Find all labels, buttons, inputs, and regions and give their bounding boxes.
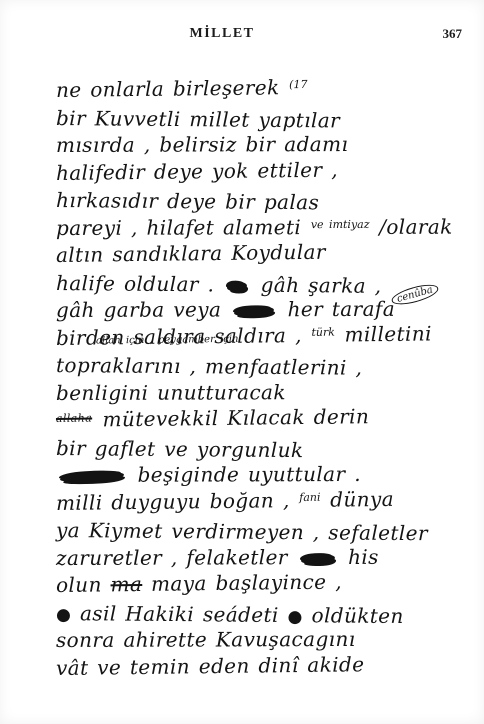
- handwritten-text: bir gaflet ve yorgunluk: [56, 436, 304, 462]
- inserted-note-above: türk: [311, 325, 335, 338]
- handwritten-text: /olarak: [379, 214, 453, 238]
- manuscript-line: altın sandıklara Koydular: [56, 238, 460, 270]
- handwritten-text: sonra ahirette Kavuşacagını: [56, 627, 356, 652]
- handwritten-text: mütevekkil Kılacak derin: [102, 404, 369, 431]
- handwritten-text: olun: [56, 572, 102, 597]
- handwritten-text: ne onlarla birleşerek: [56, 75, 280, 102]
- ink-scribble-icon: [60, 471, 124, 485]
- handwritten-text: milli duyguyu boğan ,: [56, 488, 290, 515]
- handwritten-text: benligini unutturacak: [56, 380, 286, 405]
- manuscript-line: milli duyguyu boğan , fani dünya: [56, 486, 460, 518]
- struck-note-above: allaha: [56, 412, 92, 425]
- ink-scribble-icon: [234, 306, 275, 319]
- handwritten-text: asil Hakiki seádeti: [80, 601, 279, 627]
- manuscript: ne onlarla birleşerek (17bir Kuvvetli mi…: [56, 78, 460, 683]
- handwritten-text: halifedir deye yok ettiler ,: [56, 157, 338, 184]
- manuscript-line: vât ve temin eden dinî akide: [56, 651, 460, 683]
- handwritten-text: maya başlayince ,: [151, 570, 342, 596]
- handwritten-text: zaruretler , felaketler: [56, 545, 288, 570]
- manuscript-line: allaha mütevekkil Kılacak derin: [56, 403, 460, 435]
- manuscript-line: birden saldıra saldıra , allah için , pe…: [56, 321, 460, 353]
- scanned-book-page: MİLLET 367 ne onlarla birleşerek (17bir …: [0, 0, 484, 724]
- handwritten-text: halife oldular .: [56, 271, 215, 296]
- handwritten-text: hırkasıdır deye bir palas: [56, 188, 319, 214]
- bullet-mark: ●: [287, 607, 302, 627]
- struck-text: ma: [110, 572, 142, 596]
- manuscript-line: olun ma maya başlayince ,: [56, 568, 460, 600]
- inserted-note-above: ve imtiyaz: [311, 217, 370, 230]
- handwritten-text: mısırda , belirsiz bir adamı: [56, 132, 348, 157]
- handwritten-text: gâh şarka ,: [261, 272, 382, 297]
- handwritten-text: pareyi , hilafet alameti: [56, 215, 301, 240]
- handwritten-text: his: [348, 544, 379, 568]
- running-title: MİLLET: [0, 26, 444, 42]
- printed-page-header: MİLLET 367: [0, 26, 484, 44]
- handwritten-text: altın sandıklara Koydular: [56, 240, 326, 267]
- handwritten-text: gâh garba veya: [56, 297, 221, 322]
- handwritten-text: topraklarını , menfaatlerini ,: [56, 353, 362, 380]
- handwritten-text: milletini: [344, 321, 432, 346]
- handwritten-text: ya Kiymet verdirmeyen , sefaletler: [56, 518, 428, 545]
- inserted-note-below: allah için , peygamber için: [96, 333, 239, 346]
- manuscript-line: ne onlarla birleşerek (17: [56, 73, 460, 105]
- bullet-mark: ●: [56, 605, 71, 625]
- inserted-note-above: fani: [299, 490, 320, 503]
- handwritten-text: beşiginde uyuttular .: [137, 462, 360, 487]
- handwritten-text: dünya: [330, 486, 394, 511]
- ink-scribble-icon: [227, 281, 247, 292]
- manuscript-line: halifedir deye yok ettiler ,: [56, 156, 460, 188]
- handwritten-text: oldükten: [311, 603, 403, 628]
- page-number: 367: [443, 26, 463, 42]
- handwritten-text: bir Kuvvetli millet yaptılar: [56, 106, 340, 132]
- handwritten-text: her tarafa: [288, 297, 395, 321]
- handwritten-text: vât ve temin eden dinî akide: [56, 652, 365, 680]
- ink-scribble-icon: [301, 553, 336, 565]
- inserted-note-above: (17: [289, 78, 307, 91]
